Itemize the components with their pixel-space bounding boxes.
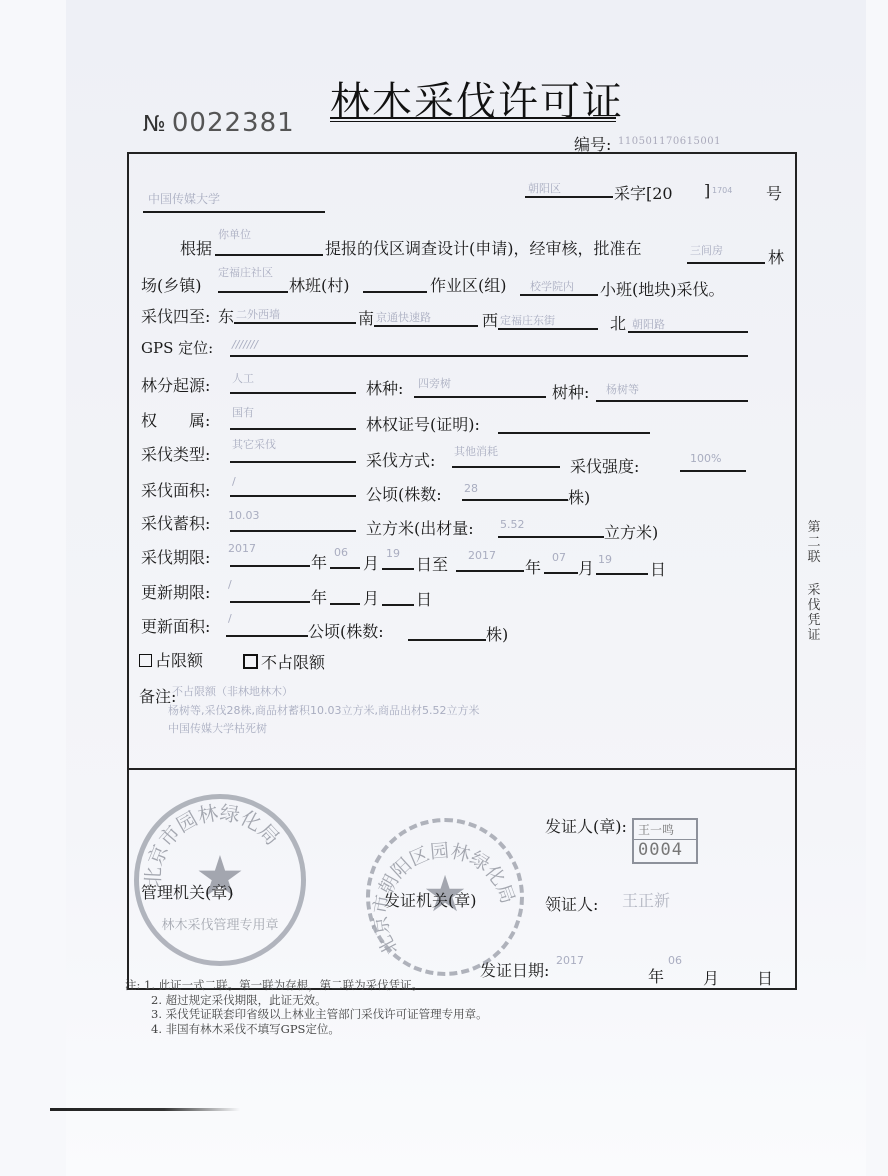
renew-count-unit: 株) [486,622,508,645]
period-start-year: 2017 [228,542,256,555]
certificate-line [498,432,650,434]
basis-fill: 你单位 [218,226,251,242]
recipient-label: 领证人: [545,892,598,915]
issuer-stamp-name: 王一鸣 [638,821,674,838]
period-end-year-char: 年 [525,555,541,578]
north-fill: 朝阳路 [632,316,665,332]
species-fill: 杨树等 [606,381,639,397]
issue-month-char: 月 [703,966,719,989]
south-line [374,325,478,327]
species-label: 树种: [552,380,589,403]
renew-period-label: 更新期限: [141,580,210,603]
svg-text:林木采伐管理专用章: 林木采伐管理专用章 [161,917,278,933]
applicant-unit-line [143,211,325,213]
non-quota-checkbox[interactable] [243,654,258,669]
harvest-method-line [452,466,560,468]
renew-area-unit: 公顷(株数: [308,619,384,642]
period-end-year: 2017 [468,549,496,562]
east-fill: 二外西墙 [236,306,280,322]
township-line [218,291,288,293]
period-month-char: 月 [363,551,379,574]
area-unit: 公顷(株数: [366,482,442,505]
tree-count-line [462,499,568,501]
period-end-month: 07 [552,551,566,564]
volume-line [230,530,356,532]
subcompartment-label: 小班(地块)采伐。 [600,277,725,300]
harvest-method-fill: 其他消耗 [454,443,498,459]
renew-area-line [226,635,308,637]
quota-checkbox[interactable] [139,654,152,667]
period-start-day: 19 [386,547,400,560]
issue-year-char: 年 [648,964,664,987]
township-label: 场(乡镇) [141,273,202,296]
east-line [234,322,356,324]
issue-year-fill: 2017 [556,954,584,967]
boundary-label: 采伐四至: [141,304,210,327]
forest-type-fill: 四旁树 [418,375,451,391]
period-end-day-line [596,573,648,575]
basis-text: 提报的伐区调查设计(申请)，经审核，批准在 [325,236,642,259]
recipient-fill: 王正新 [622,888,670,911]
management-authority-label: 管理机关(章) [141,880,234,903]
basis-line [215,254,323,256]
west-label: 西 [482,308,498,331]
work-area-label: 作业区(组) [430,273,507,296]
notes-prefix: 注: [125,978,140,992]
volume-label: 采伐蓄积: [141,511,210,534]
serial-prefix: № [143,112,166,137]
harvest-type-line [230,461,356,463]
period-end-year-line [456,570,524,572]
forest-farm-line [687,262,765,264]
permit-suffix: 号 [766,181,782,204]
renew-count-line [408,639,486,641]
north-line [628,331,748,333]
harvest-method-label: 采伐方式: [366,448,435,471]
forest-class-line [363,291,427,293]
origin-label: 林分起源: [141,373,210,396]
issuer-stamp-number: 0004 [638,840,683,860]
permit-word-fill: 1704 [712,186,732,195]
quota-label: 占限额 [155,651,203,670]
title-underline-2 [330,121,616,122]
period-end-day-char: 日 [650,557,666,580]
remarks-line-2: 杨树等,采伐28株,商品材蓄积10.03立方米,商品出材5.52立方米 [168,702,479,718]
permit-word-close: ] [704,181,710,200]
renew-year-char: 年 [311,585,327,608]
output-line [498,536,604,538]
footnotes: 注: 1. 此证一式二联。第一联为存根，第二联为采伐凭证。 2. 超过规定采伐期… [125,978,488,1036]
harvest-type-label: 采伐类型: [141,442,210,465]
period-to: 日至 [416,552,448,575]
west-fill: 定福庄东街 [500,312,555,328]
period-start-month-line [330,567,360,569]
volume-unit: 立方米(出材量: [366,516,474,539]
output-unit: 立方米) [604,520,658,543]
renew-area-label: 更新面积: [141,614,210,637]
note-2: 2. 超过规定采伐期限，此证无效。 [125,993,488,1008]
origin-line [230,392,356,394]
renew-period-fill: / [228,578,232,591]
west-line [498,328,598,330]
remarks-line-1: 不占限额（非林地林木） [172,683,293,699]
district-line [525,196,613,198]
serial-number: №0022381 [143,108,295,138]
work-area-line [520,294,598,296]
renew-month-char: 月 [363,586,379,609]
scan-edge-line [50,1108,240,1111]
gps-label: GPS 定位: [141,337,213,358]
issuer-label: 发证人(章): [545,814,627,837]
period-year-char: 年 [311,550,327,573]
forest-farm-suffix: 林 [768,245,784,268]
work-area-fill: 校学院内 [530,278,574,294]
quota-checkbox-option[interactable]: 占限额 [139,648,203,671]
period-start-month: 06 [334,546,348,559]
ownership-fill: 国有 [232,404,254,420]
renew-year-line [230,601,310,603]
remarks-line-3: 中国传媒大学枯死树 [168,720,267,736]
period-start-day-line [382,568,414,570]
gps-line [230,355,748,357]
serial-value: 0022381 [172,108,295,138]
south-fill: 京通快速路 [376,309,431,325]
non-quota-checkbox-option[interactable]: 不占限额 [243,650,325,673]
forest-type-label: 林种: [366,376,403,399]
period-label: 采伐期限: [141,545,210,568]
forest-farm-fill: 三间房 [690,242,723,258]
renew-area-fill: / [228,612,232,625]
certificate-label: 林权证号(证明): [366,412,480,435]
issue-date-label: 发证日期: [480,958,549,981]
issuing-authority-label: 发证机关(章) [384,888,477,911]
east-label: 东 [218,304,234,327]
issuer-stamp: 王一鸣 0004 [632,818,698,864]
permit-word-label: 采字[20 [614,181,673,204]
tree-count-fill: 28 [464,482,478,495]
side-label-top: 第二联 [806,520,822,565]
applicant-unit-fill: 中国传媒大学 [148,190,220,207]
area-label: 采伐面积: [141,478,210,501]
harvest-intensity-line [680,470,746,472]
period-end-day: 19 [598,553,612,566]
renew-day-char: 日 [416,587,432,610]
township-fill: 定福庄社区 [218,266,276,279]
area-fill: / [232,475,236,488]
issue-day-char: 日 [757,966,773,989]
period-end-month-char: 月 [578,556,594,579]
volume-fill: 10.03 [228,509,260,522]
forest-type-line [414,396,546,398]
code-value: 110501170615001 [618,136,721,147]
title-underline [330,117,616,119]
south-label: 南 [358,306,374,329]
ownership-line [230,428,356,430]
species-line [596,400,748,402]
issue-month-fill: 06 [668,954,682,967]
renew-month-line [330,603,360,605]
side-copy-label: 第二联 采伐凭证 [806,520,822,643]
forest-class-label: 林班(村) [289,273,350,296]
non-quota-label: 不占限额 [261,653,325,672]
note-1: 1. 此证一式二联。第一联为存根，第二联为采伐凭证。 [144,978,423,992]
gps-fill: /////// [232,338,258,351]
tree-count-unit: 株) [568,485,590,508]
output-fill: 5.52 [500,518,525,531]
harvest-intensity-label: 采伐强度: [570,454,639,477]
harvest-intensity-fill: 100% [690,452,721,465]
north-label: 北 [610,311,626,334]
signature-divider [127,768,795,770]
harvest-type-fill: 其它采伐 [232,436,276,452]
note-3: 3. 采伐凭证联套印省级以上林业主管部门采伐许可证管理专用章。 [125,1007,488,1022]
area-line [230,495,356,497]
period-start-year-line [230,565,310,567]
side-label-bottom: 采伐凭证 [806,583,822,643]
origin-fill: 人工 [232,370,254,386]
ownership-label: 权 属: [141,408,210,431]
renew-day-line [382,604,414,606]
district-fill: 朝阳区 [528,180,561,196]
period-end-month-line [544,572,578,574]
basis-prefix: 根据 [180,236,212,259]
note-4: 4. 非国有林木采伐不填写GPS定位。 [125,1022,488,1037]
